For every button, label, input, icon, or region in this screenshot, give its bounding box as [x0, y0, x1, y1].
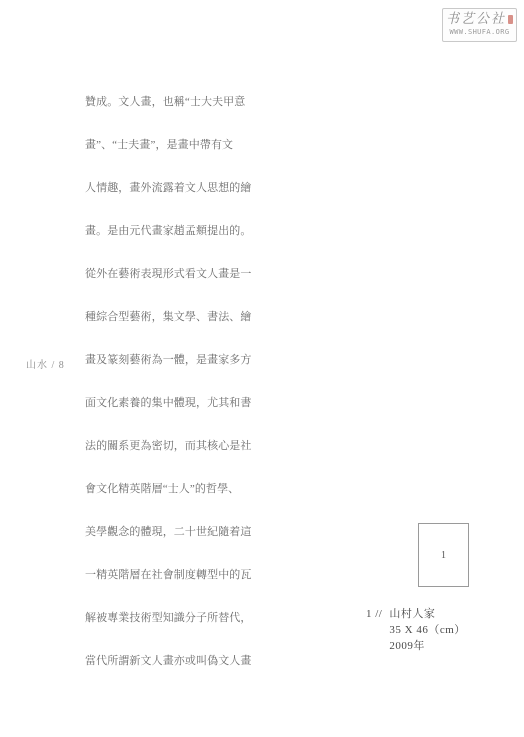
text-line: 畫及篆刻藝術為一體，是畫家多方: [85, 354, 275, 397]
seal-icon: [508, 15, 513, 24]
text-line: 當代所謂新文人畫亦或叫偽文人畫: [85, 655, 275, 698]
caption-lines: 山村人家 35 X 46（cm） 2009年: [389, 606, 465, 654]
text-line: 會文化精英階層“士人”的哲學、: [85, 483, 275, 526]
text-line: 人情趣，畫外流露着文人思想的繪: [85, 182, 275, 225]
text-line: 畫”、“士夫畫”，是畫中帶有文: [85, 139, 275, 182]
document-page: 书艺公社 WWW.SHUFA.ORG 山水 / 8 贊成。文人畫，也稱“士大夫甲…: [0, 0, 524, 737]
article-text: 贊成。文人畫，也稱“士大夫甲意畫”、“士夫畫”，是畫中帶有文人情趣，畫外流露着文…: [85, 96, 275, 698]
site-logo-row: 书艺公社: [443, 10, 516, 28]
section-page-label: 山水 / 8: [26, 356, 65, 371]
text-line: 從外在藝術表現形式看文人畫是一: [85, 268, 275, 311]
text-line: 面文化素養的集中體現，尤其和書: [85, 397, 275, 440]
site-logo-calligraphy: 书艺公社: [446, 12, 506, 27]
site-logo: 书艺公社 WWW.SHUFA.ORG: [442, 8, 517, 42]
plate-number: 1: [441, 550, 446, 561]
artwork-caption: 1 // 山村人家 35 X 46（cm） 2009年: [366, 606, 466, 654]
text-line: 一精英階層在社會制度轉型中的瓦: [85, 569, 275, 612]
text-line: 種綜合型藝術，集文學、書法、繪: [85, 311, 275, 354]
artwork-placeholder-box: 1: [418, 523, 469, 587]
text-line: 解被專業技術型知識分子所替代，: [85, 612, 275, 655]
text-line: 法的關系更為密切，而其核心是社: [85, 440, 275, 483]
caption-year: 2009年: [389, 638, 465, 654]
text-line: 美學觀念的體現，二十世紀隨着這: [85, 526, 275, 569]
site-url-text: WWW.SHUFA.ORG: [443, 28, 516, 37]
caption-title: 山村人家: [389, 606, 465, 622]
text-line: 贊成。文人畫，也稱“士大夫甲意: [85, 96, 275, 139]
caption-index: 1 //: [366, 606, 382, 654]
caption-size: 35 X 46（cm）: [389, 622, 465, 638]
text-line: 畫。是由元代畫家趙孟頫提出的。: [85, 225, 275, 268]
